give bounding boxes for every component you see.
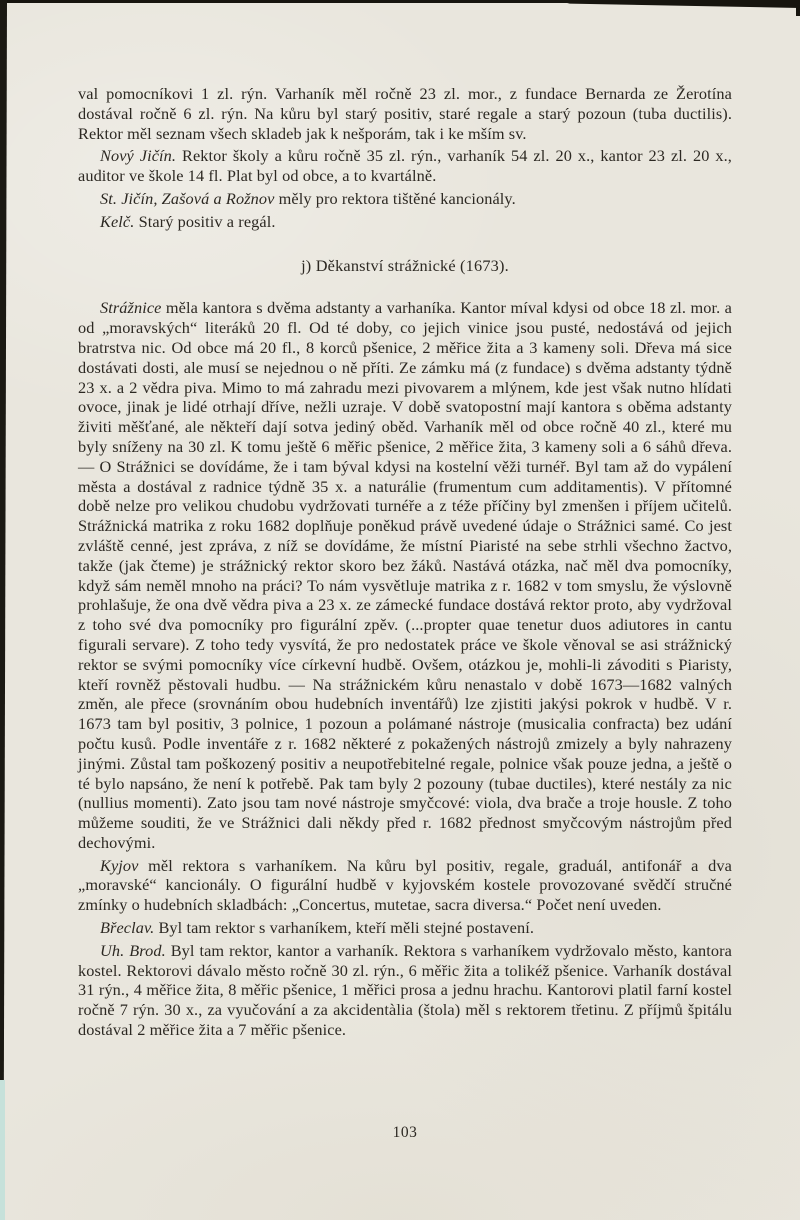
paragraph-lead: Uh. Brod. xyxy=(100,941,166,960)
paragraph-lead: Nový Jičín. xyxy=(100,146,176,165)
scan-edge-right xyxy=(796,0,800,16)
paragraph-text: Byl tam rektor, kantor a varhaník. Rekto… xyxy=(78,941,732,1039)
paragraph-kyjov: Kyjov měl rektora s varhaníkem. Na kůru … xyxy=(78,856,732,915)
paragraph-text: měla kantora s dvěma adstanty a varhaník… xyxy=(78,298,732,852)
paragraph-st-jicin-zasova-roznov: St. Jičín, Zašová a Rožnov měly pro rekt… xyxy=(78,189,732,209)
scan-edge-top-right xyxy=(555,0,800,8)
scan-edge-left xyxy=(0,0,7,1086)
paragraph-continuation: val pomocníkovi 1 zl. rýn. Varhaník měl … xyxy=(78,84,732,143)
paragraph-lead: Břeclav. xyxy=(100,918,154,937)
page-number: 103 xyxy=(78,1124,732,1142)
paragraph-uh-brod: Uh. Brod. Byl tam rektor, kantor a varha… xyxy=(78,941,732,1040)
paragraph-kelc: Kelč. Starý positiv a regál. xyxy=(78,212,732,232)
paragraph-lead: St. Jičín, Zašová a Rožnov xyxy=(100,189,274,208)
paragraph-text: Byl tam rektor s varhaníkem, kteří měli … xyxy=(154,918,534,937)
paragraph-text: Rektor školy a kůru ročně 35 zl. rýn., v… xyxy=(78,146,732,185)
scanned-book-page: { "page_number": "103", "colors": { "pap… xyxy=(0,0,800,1220)
paragraph-straznice: Strážnice měla kantora s dvěma adstanty … xyxy=(78,298,732,852)
paragraph-text: val pomocníkovi 1 zl. rýn. Varhaník měl … xyxy=(78,84,732,143)
paragraph-novy-jicin: Nový Jičín. Rektor školy a kůru ročně 35… xyxy=(78,146,732,186)
section-heading: j) Děkanství strážnické (1673). xyxy=(78,256,732,276)
paragraph-breclav: Břeclav. Byl tam rektor s varhaníkem, kt… xyxy=(78,918,732,938)
paragraph-text: měl rektora s varhaníkem. Na kůru byl po… xyxy=(78,856,732,915)
paragraph-lead: Kyjov xyxy=(100,856,138,875)
paragraph-lead: Strážnice xyxy=(100,298,162,317)
paragraph-text: Starý positiv a regál. xyxy=(134,212,275,231)
paragraph-lead: Kelč. xyxy=(100,212,134,231)
page-text-block: val pomocníkovi 1 zl. rýn. Varhaník měl … xyxy=(78,84,732,1040)
paragraph-text: měly pro rektora tištěné kancionály. xyxy=(274,189,515,208)
scan-edge-left-teal xyxy=(0,1080,5,1220)
